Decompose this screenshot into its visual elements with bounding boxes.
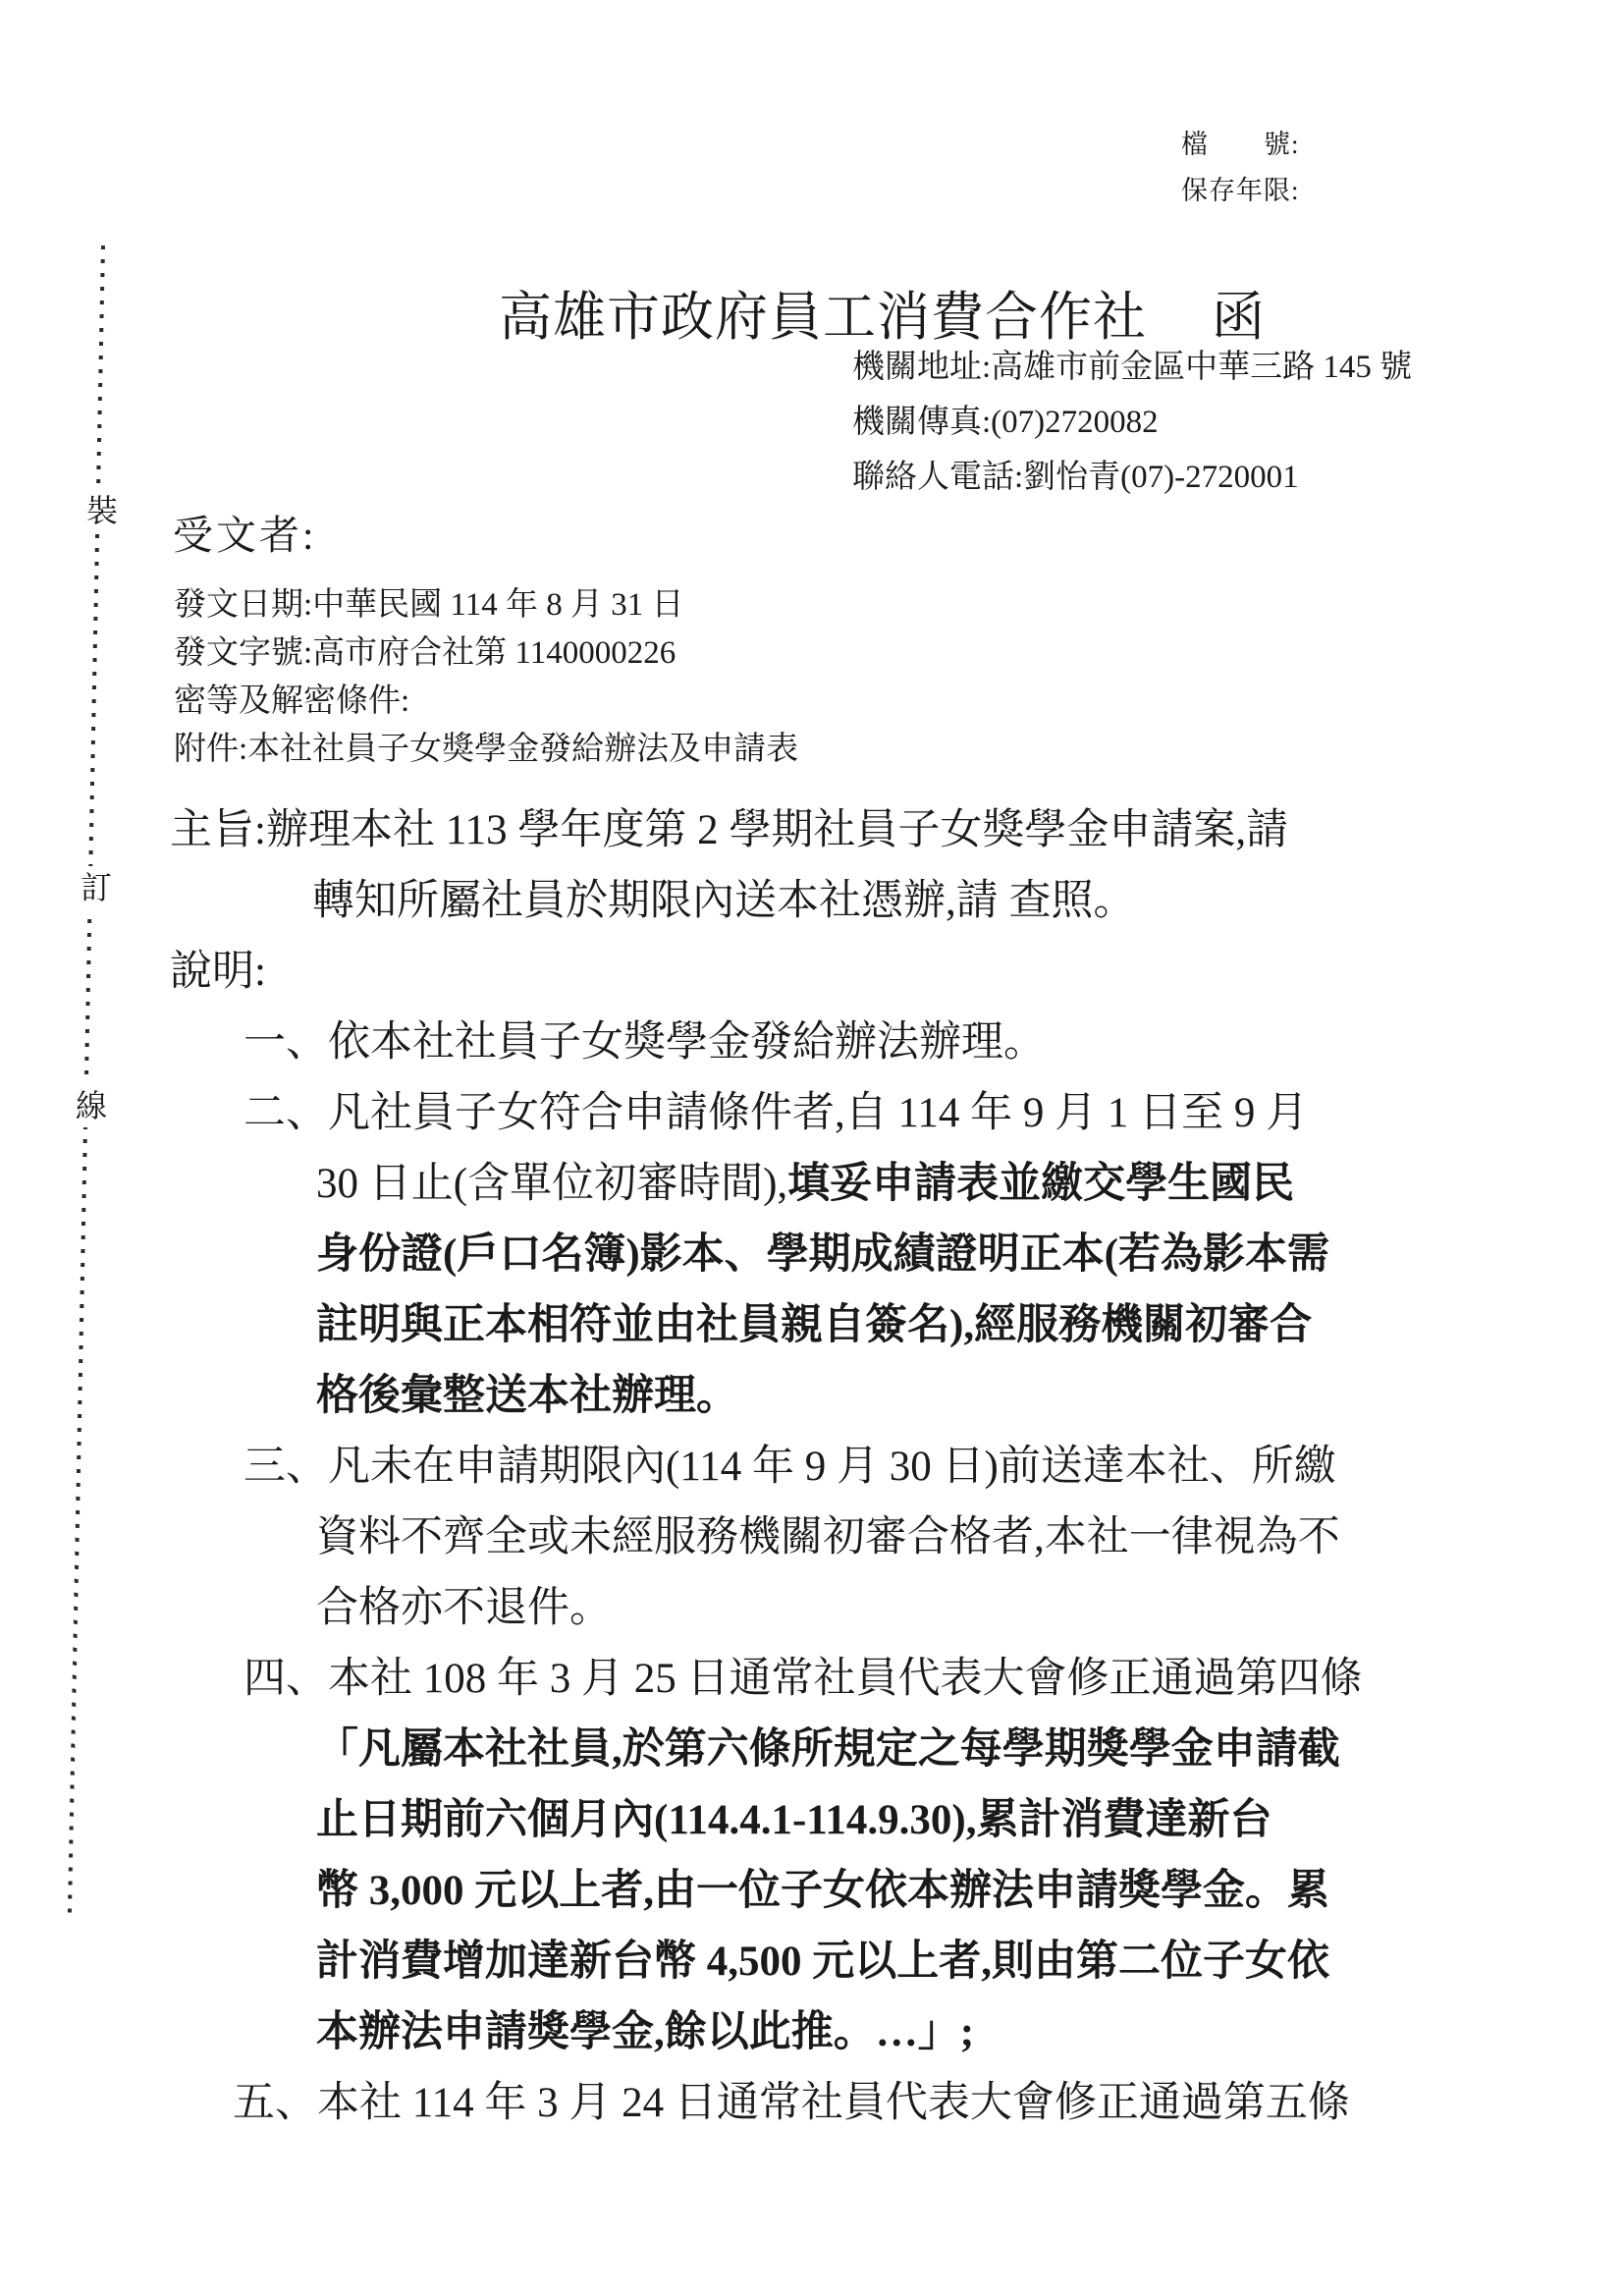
binding-char-zhuang: 裝 bbox=[86, 489, 118, 532]
explanation-item-4-line-2: 「凡屬本社社員,於第六條所規定之每學期獎學金申請截 bbox=[0, 1715, 1623, 1785]
explanation-item-4-line-5: 計消費增加達新台幣 4,500 元以上者,則由第二位子女依 bbox=[0, 1927, 1623, 1997]
explanation-item-2-line-4: 註明與正本相符並由社員親自簽名),經服務機關初審合 bbox=[0, 1290, 1623, 1361]
explanation-item-2-line-2: 30 日止(含單位初審時間),填妥申請表並繳交學生國民 bbox=[0, 1149, 1623, 1220]
explanation-item-3-line-1: 三、凡未在申請期限內(114 年 9 月 30 日)前送達本社、所繳 bbox=[0, 1432, 1623, 1503]
explanation-label: 說明: bbox=[0, 937, 1623, 1008]
explanation-item-4-line-3: 止日期前六個月內(114.4.1-114.9.30),累計消費達新台 bbox=[0, 1785, 1623, 1856]
explanation-item-2-line-1: 二、凡社員子女符合申請條件者,自 114 年 9 月 1 日至 9 月 bbox=[0, 1078, 1623, 1149]
retention-period-label: 保存年限: bbox=[1181, 168, 1300, 214]
explanation-item-2-line-5: 格後彙整送本社辦理。 bbox=[0, 1361, 1623, 1432]
contact-person-phone: 聯絡人電話:劉怡青(07)-2720001 bbox=[852, 450, 1412, 505]
document-body: 主旨:辦理本社 113 學年度第 2 學期社員子女獎學金申請案,請 轉知所屬社員… bbox=[0, 795, 1623, 2139]
meta-block: 發文日期:中華民國 114 年 8 月 31 日 發文字號:高市府合社第 114… bbox=[174, 581, 798, 774]
file-number-label: 檔 號: bbox=[1181, 122, 1300, 168]
recipient-label: 受文者: bbox=[173, 503, 316, 561]
explanation-item-4-line-1: 四、本社 108 年 3 月 25 日通常社員代表大會修正通過第四條 bbox=[0, 1644, 1623, 1715]
explanation-item-3-line-3: 合格亦不退件。 bbox=[0, 1573, 1623, 1644]
org-address: 機關地址:高雄市前金區中華三路 145 號 bbox=[852, 340, 1412, 395]
explanation-item-2-line-3: 身份證(戶口名簿)影本、學期成績證明正本(若為影本需 bbox=[0, 1220, 1623, 1290]
contact-block: 機關地址:高雄市前金區中華三路 145 號 機關傳真:(07)2720082 聯… bbox=[852, 340, 1412, 505]
explanation-item-4-line-6: 本辦法申請獎學金,餘以此推。…」; bbox=[0, 1997, 1623, 2068]
document-page: 裝 訂 線 檔 號: 保存年限: 高雄市政府員工消費合作社函 機關地址:高雄市前… bbox=[0, 0, 1623, 2296]
issuing-org-name: 高雄市政府員工消費合作社 bbox=[499, 288, 1147, 347]
explanation-item-3-line-2: 資料不齊全或未經服務機關初審合格者,本社一律視為不 bbox=[0, 1503, 1623, 1573]
subject-line-1: 主旨:辦理本社 113 學年度第 2 學期社員子女獎學金申請案,請 bbox=[0, 795, 1623, 866]
security-classification-row: 密等及解密條件: bbox=[174, 678, 798, 726]
org-fax: 機關傳真:(07)2720082 bbox=[852, 395, 1412, 450]
doc-number-row: 發文字號:高市府合社第 1140000226 bbox=[174, 629, 798, 678]
subject-label: 主旨: bbox=[170, 807, 266, 853]
explanation-item-5-line-1: 五、本社 114 年 3 月 24 日通常社員代表大會修正通過第五條 bbox=[0, 2068, 1623, 2139]
subject-line-2: 轉知所屬社員於期限內送本社憑辦,請 查照。 bbox=[0, 866, 1623, 937]
explanation-item-4-line-4: 幣 3,000 元以上者,由一位子女依本辦法申請獎學金。累 bbox=[0, 1856, 1623, 1927]
issue-date-row: 發文日期:中華民國 114 年 8 月 31 日 bbox=[174, 581, 798, 629]
attachment-row: 附件:本社社員子女獎學金發給辦法及申請表 bbox=[174, 726, 798, 774]
file-retention-block: 檔 號: 保存年限: bbox=[1181, 122, 1300, 214]
binding-char-ding: 訂 bbox=[81, 866, 112, 909]
doc-type-label: 函 bbox=[1212, 288, 1266, 347]
explanation-item-1-line-1: 一、依本社社員子女獎學金發給辦法辦理。 bbox=[0, 1008, 1623, 1078]
binding-char-xian: 線 bbox=[76, 1084, 107, 1127]
